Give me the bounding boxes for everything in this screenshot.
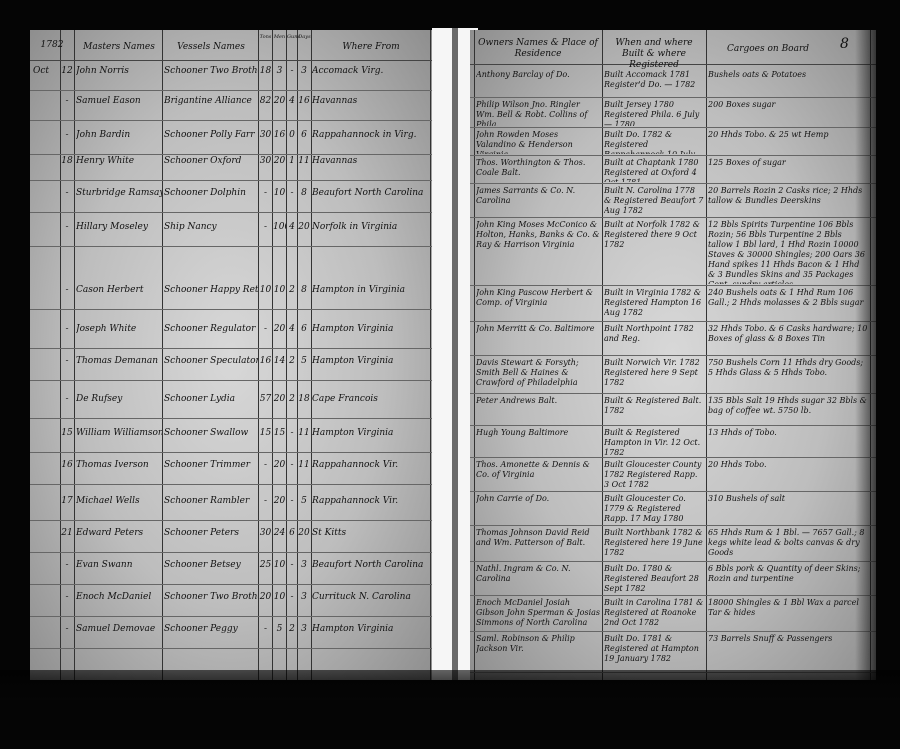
entry-master: John Norris (76, 66, 162, 77)
entry-built-registered: Built N. Carolina 1778 & Registered Beau… (604, 186, 704, 216)
entry-from: St Kitts (312, 528, 430, 539)
entry-day: 15 (60, 428, 74, 439)
row-rule (470, 217, 876, 218)
entry-built-registered: Built Accomack 1781 Register'd Do. — 178… (604, 70, 704, 96)
entry-built-registered: Built Do. 1780 & Registered Beaufort 28 … (604, 564, 704, 594)
row-rule (470, 155, 876, 156)
entry-cargo: 65 Hhds Rum & 1 Bbl. — 7657 Gall.; 8 keg… (708, 528, 868, 560)
entry-men: 15 (273, 428, 286, 439)
row-rule (470, 355, 876, 356)
entry-built-registered: Built at Norfolk 1782 & Registered there… (604, 220, 704, 284)
entry-from: Havannas (312, 156, 430, 167)
entry-from: Hampton Virginia (312, 356, 430, 367)
column-rule (258, 30, 259, 680)
entry-guns: 2 (287, 624, 297, 635)
column-rule (430, 30, 431, 680)
entry-day: - (60, 592, 74, 603)
entry-tons: 16 (259, 356, 272, 367)
header-days: Days (298, 34, 311, 40)
entry-men: 14 (273, 356, 286, 367)
entry-day: - (60, 188, 74, 199)
entry-from: Hampton Virginia (312, 428, 430, 439)
entry-vessel: Schooner Dolphin (164, 188, 258, 199)
row-rule (30, 348, 432, 349)
entry-men: 20 (273, 394, 286, 405)
entry-built-registered: Built Jersey 1780 Registered Phila. 6 Ju… (604, 100, 704, 126)
entry-tons: 30 (259, 528, 272, 539)
row-rule (470, 491, 876, 492)
row-rule (30, 120, 432, 121)
entry-guns: - (287, 66, 297, 77)
page-bottom-shadow (0, 670, 900, 749)
column-rule (286, 30, 287, 680)
entry-men: 20 (273, 96, 286, 107)
entry-built-registered: Built at Chaptank 1780 Registered at Oxf… (604, 158, 704, 182)
entry-days: 3 (298, 66, 310, 77)
entry-day: 17 (60, 496, 74, 507)
entry-tons: - (259, 222, 272, 233)
entry-master: Evan Swann (76, 560, 162, 571)
entry-day: - (60, 285, 74, 296)
header-cargoes: Cargoes on Board (708, 44, 828, 55)
header-built-registered: When and where Built & where Registered (604, 38, 704, 71)
entry-days: 18 (298, 394, 310, 405)
entry-vessel: Ship Nancy (164, 222, 258, 233)
entry-tons: - (259, 624, 272, 635)
entry-owners: Thos. Amonette & Dennis & Co. of Virgini… (476, 460, 600, 490)
entry-cargo: 240 Bushels oats & 1 Hhd Rum 106 Gall.; … (708, 288, 868, 320)
entry-owners: Davis Stewart & Forsyth; Smith Bell & Ha… (476, 358, 600, 392)
entry-master: Henry White (76, 156, 162, 167)
entry-vessel: Schooner Happy Return (164, 285, 258, 296)
entry-men: 10 (273, 592, 286, 603)
entry-master: Samuel Demovae (76, 624, 162, 635)
entry-days: 3 (298, 592, 310, 603)
entry-cargo: Bushels oats & Potatoes (708, 70, 868, 96)
entry-tons: 57 (259, 394, 272, 405)
entry-guns: - (287, 496, 297, 507)
entry-cargo: 6 Bbls pork & Quantity of deer Skins; Ro… (708, 564, 868, 594)
entry-from: Beaufort North Carolina (312, 188, 430, 199)
row-rule (30, 648, 432, 649)
entry-tons: - (259, 324, 272, 335)
row-rule (470, 631, 876, 632)
header-year: 1782 (32, 40, 72, 51)
entry-vessel: Brigantine Alliance (164, 96, 258, 107)
entry-owners: Peter Andrews Balt. (476, 396, 600, 424)
entry-from: Hampton in Virginia (312, 285, 430, 296)
entry-vessel: Schooner Peters (164, 528, 258, 539)
entry-built-registered: Built & Registered Hampton in Vir. 12 Oc… (604, 428, 704, 456)
entry-from: Rappahannock Vir. (312, 496, 430, 507)
row-rule (30, 246, 432, 247)
entry-owners: John Merritt & Co. Baltimore (476, 324, 600, 354)
entry-cargo: 20 Hhds Tobo. & 25 wt Hemp (708, 130, 868, 154)
entry-days: 20 (298, 528, 310, 539)
entry-days: 6 (298, 324, 310, 335)
entry-days: 3 (298, 560, 310, 571)
entry-day: - (60, 324, 74, 335)
entry-from: Currituck N. Carolina (312, 592, 430, 603)
entry-built-registered: Built Do. 1781 & Registered at Hampton 1… (604, 634, 704, 671)
entry-master: William Williamson (76, 428, 162, 439)
entry-from: Beaufort North Carolina (312, 560, 430, 571)
entry-guns: - (287, 188, 297, 199)
entry-men: 20 (273, 324, 286, 335)
entry-day: - (60, 356, 74, 367)
row-rule (470, 285, 876, 286)
entry-guns: - (287, 592, 297, 603)
entry-guns: 4 (287, 222, 297, 233)
page-edge-shadow (855, 30, 900, 680)
entry-from: Hampton Virginia (312, 324, 430, 335)
row-rule (470, 183, 876, 184)
row-rule (30, 309, 432, 310)
row-rule (30, 520, 432, 521)
entry-vessel: Schooner Lydia (164, 394, 258, 405)
entry-master: Hillary Moseley (76, 222, 162, 233)
entry-days: 11 (298, 428, 310, 439)
header-tons: Tons (259, 34, 272, 40)
entry-from: Rappahannock in Virg. (312, 130, 430, 141)
entry-master: John Bardin (76, 130, 162, 141)
entry-master: De Rufsey (76, 394, 162, 405)
column-rule (162, 30, 163, 680)
row-rule (30, 584, 432, 585)
entry-owners: John King Pascow Herbert & Comp. of Virg… (476, 288, 600, 320)
entry-guns: 0 (287, 130, 297, 141)
row-rule (30, 552, 432, 553)
entry-owners: John Rowden Moses Valandino & Henderson … (476, 130, 600, 154)
row-rule (470, 595, 876, 596)
entry-vessel: Schooner Rambler (164, 496, 258, 507)
entry-tons: - (259, 496, 272, 507)
entry-from: Havannas (312, 96, 430, 107)
entry-guns: - (287, 560, 297, 571)
entry-cargo: 20 Barrels Rozin 2 Casks rice; 2 Hhds ta… (708, 186, 868, 216)
header-vessels-names: Vessels Names (164, 42, 258, 53)
entry-tons: 15 (259, 428, 272, 439)
entry-day: - (60, 222, 74, 233)
entry-built-registered: Built in Carolina 1781 & Registered at R… (604, 598, 704, 630)
entry-owners: John King Moses McConico & Holton, Hanks… (476, 220, 600, 284)
entry-men: 5 (273, 624, 286, 635)
entry-guns: 2 (287, 356, 297, 367)
entry-vessel: Schooner Trimmer (164, 460, 258, 471)
column-rule (60, 30, 61, 680)
entry-tons: 82 (259, 96, 272, 107)
entry-tons: 30 (259, 156, 272, 167)
entry-owners: Thomas Johnson David Reid and Wm. Patter… (476, 528, 600, 560)
entry-vessel: Schooner Betsey (164, 560, 258, 571)
entry-built-registered: Built in Virginia 1782 & Registered Hamp… (604, 288, 704, 320)
entry-guns: 6 (287, 528, 297, 539)
entry-vessel: Schooner Two Brothers (164, 592, 258, 603)
right-ledger-page: Owners Names & Place of ResidenceWhen an… (470, 30, 876, 680)
entry-days: 16 (298, 96, 310, 107)
row-rule (30, 616, 432, 617)
entry-vessel: Schooner Two Brothers (164, 66, 258, 77)
entry-day: - (60, 96, 74, 107)
entry-vessel: Schooner Peggy (164, 624, 258, 635)
row-rule (470, 393, 876, 394)
entry-from: Rappahannock Vir. (312, 460, 430, 471)
entry-owners: John Carrie of Do. (476, 494, 600, 524)
entry-master: Edward Peters (76, 528, 162, 539)
row-rule (470, 97, 876, 98)
entry-day: 21 (60, 528, 74, 539)
row-rule (30, 180, 432, 181)
entry-cargo: 12 Bbls Spirits Turpentine 106 Bbls Rozi… (708, 220, 868, 284)
entry-days: 3 (298, 624, 310, 635)
entry-day: - (60, 130, 74, 141)
entry-built-registered: Built Norwich Vir. 1782 Registered here … (604, 358, 704, 392)
entry-cargo: 20 Hhds Tobo. (708, 460, 868, 490)
entry-guns: - (287, 428, 297, 439)
entry-days: 8 (298, 285, 310, 296)
entry-guns: 2 (287, 394, 297, 405)
entry-tons: 30 (259, 130, 272, 141)
entry-cargo: 750 Bushels Corn 11 Hhds dry Goods; 5 Hh… (708, 358, 868, 392)
entry-vessel: Schooner Regulator (164, 324, 258, 335)
entry-men: 3 (273, 66, 286, 77)
row-rule (470, 457, 876, 458)
entry-guns: 1 (287, 156, 297, 167)
entry-days: 5 (298, 496, 310, 507)
entry-owners: Thos. Worthington & Thos. Coale Balt. (476, 158, 600, 182)
entry-days: 20 (298, 222, 310, 233)
entry-days: 5 (298, 356, 310, 367)
entry-men: 10 (273, 188, 286, 199)
entry-men: 16 (273, 130, 286, 141)
entry-master: Thomas Iverson (76, 460, 162, 471)
entry-cargo: 13 Hhds of Tobo. (708, 428, 868, 456)
entry-vessel: Schooner Swallow (164, 428, 258, 439)
column-rule (297, 30, 298, 680)
entry-cargo: 125 Boxes of sugar (708, 158, 868, 182)
entry-owners: Philip Wilson Jno. Ringler Wm. Bell & Ro… (476, 100, 600, 126)
entry-day: 16 (60, 460, 74, 471)
entry-day: - (60, 394, 74, 405)
entry-vessel: Schooner Speculator (164, 356, 258, 367)
row-rule (470, 525, 876, 526)
entry-owners: James Sarrants & Co. N. Carolina (476, 186, 600, 216)
column-rule (311, 30, 312, 680)
entry-built-registered: Built Gloucester Co. 1779 & Registered R… (604, 494, 704, 524)
entry-built-registered: Built Do. 1782 & Registered Rappahannock… (604, 130, 704, 154)
entry-owners: Nathl. Ingram & Co. N. Carolina (476, 564, 600, 594)
entry-days: 8 (298, 188, 310, 199)
entry-men: 10 (273, 560, 286, 571)
row-rule (30, 418, 432, 419)
entry-cargo: 18000 Shingles & 1 Bbl Wax a parcel Tar … (708, 598, 868, 630)
entry-day: 18 (60, 156, 74, 167)
column-rule (272, 30, 273, 680)
entry-from: Cape Francois (312, 394, 430, 405)
entry-days: 11 (298, 156, 310, 167)
entry-from: Norfolk in Virginia (312, 222, 430, 233)
entry-owners: Saml. Robinson & Philip Jackson Vir. (476, 634, 600, 671)
entry-master: Enoch McDaniel (76, 592, 162, 603)
header-where-from: Where From (312, 42, 430, 53)
row-rule (30, 212, 432, 213)
entry-day: - (60, 624, 74, 635)
entry-men: 20 (273, 496, 286, 507)
entry-master: Thomas Demanan (76, 356, 162, 367)
entry-master: Cason Herbert (76, 285, 162, 296)
entry-tons: 10 (259, 285, 272, 296)
entry-days: 6 (298, 130, 310, 141)
row-rule (470, 425, 876, 426)
entry-built-registered: Built & Registered Balt. 1782 (604, 396, 704, 424)
entry-tons: - (259, 188, 272, 199)
entry-vessel: Schooner Polly Farr (164, 130, 258, 141)
entry-master: Joseph White (76, 324, 162, 335)
entry-built-registered: Built Northpoint 1782 and Reg. (604, 324, 704, 354)
row-rule (30, 484, 432, 485)
entry-tons: - (259, 460, 272, 471)
row-rule (30, 380, 432, 381)
row-rule (30, 452, 432, 453)
column-rule (74, 30, 75, 680)
entry-owners: Enoch McDaniel Josiah Gibson John Sperma… (476, 598, 600, 630)
entry-guns: - (287, 460, 297, 471)
entry-owners: Anthony Barclay of Do. (476, 70, 600, 96)
entry-master: Michael Wells (76, 496, 162, 507)
entry-owners: Hugh Young Baltimore (476, 428, 600, 456)
entry-tons: 25 (259, 560, 272, 571)
entry-cargo: 73 Barrels Snuff & Passengers (708, 634, 868, 671)
entry-men: 100 (273, 222, 286, 233)
entry-guns: 2 (287, 285, 297, 296)
entry-month: Oct (33, 66, 59, 77)
entry-men: 24 (273, 528, 286, 539)
entry-cargo: 32 Hhds Tobo. & 6 Casks hardware; 10 Box… (708, 324, 868, 354)
entry-built-registered: Built Northbank 1782 & Registered here 1… (604, 528, 704, 560)
entry-from: Accomack Virg. (312, 66, 430, 77)
row-rule (30, 90, 432, 91)
row-rule (470, 321, 876, 322)
entry-tons: 18 (259, 66, 272, 77)
entry-tons: 20 (259, 592, 272, 603)
entry-master: Samuel Eason (76, 96, 162, 107)
entry-guns: 4 (287, 324, 297, 335)
entry-guns: 4 (287, 96, 297, 107)
left-ledger-page: 1782Masters NamesVessels NamesTonsMenGun… (30, 30, 432, 680)
entry-cargo: 200 Boxes sugar (708, 100, 868, 126)
header-rule (30, 60, 432, 61)
entry-master: Sturbridge Ramsay (76, 188, 162, 199)
entry-days: 11 (298, 460, 310, 471)
entry-vessel: Schooner Oxford (164, 156, 258, 167)
row-rule (470, 127, 876, 128)
row-rule (30, 154, 432, 155)
entry-from: Hampton Virginia (312, 624, 430, 635)
header-owners: Owners Names & Place of Residence (476, 38, 600, 60)
entry-day: - (60, 560, 74, 571)
entry-men: 10 (273, 285, 286, 296)
entry-men: 20 (273, 460, 286, 471)
entry-built-registered: Built Gloucester County 1782 Registered … (604, 460, 704, 490)
book-gutter-left (432, 28, 452, 680)
header-men: Men (273, 34, 286, 40)
entry-men: 20 (273, 156, 286, 167)
entry-day: 12 (60, 66, 74, 77)
entry-cargo: 135 Bbls Salt 19 Hhds sugar 32 Bbls & ba… (708, 396, 868, 424)
row-rule (470, 561, 876, 562)
header-masters-names: Masters Names (76, 42, 162, 53)
entry-cargo: 310 Bushels of salt (708, 494, 868, 524)
